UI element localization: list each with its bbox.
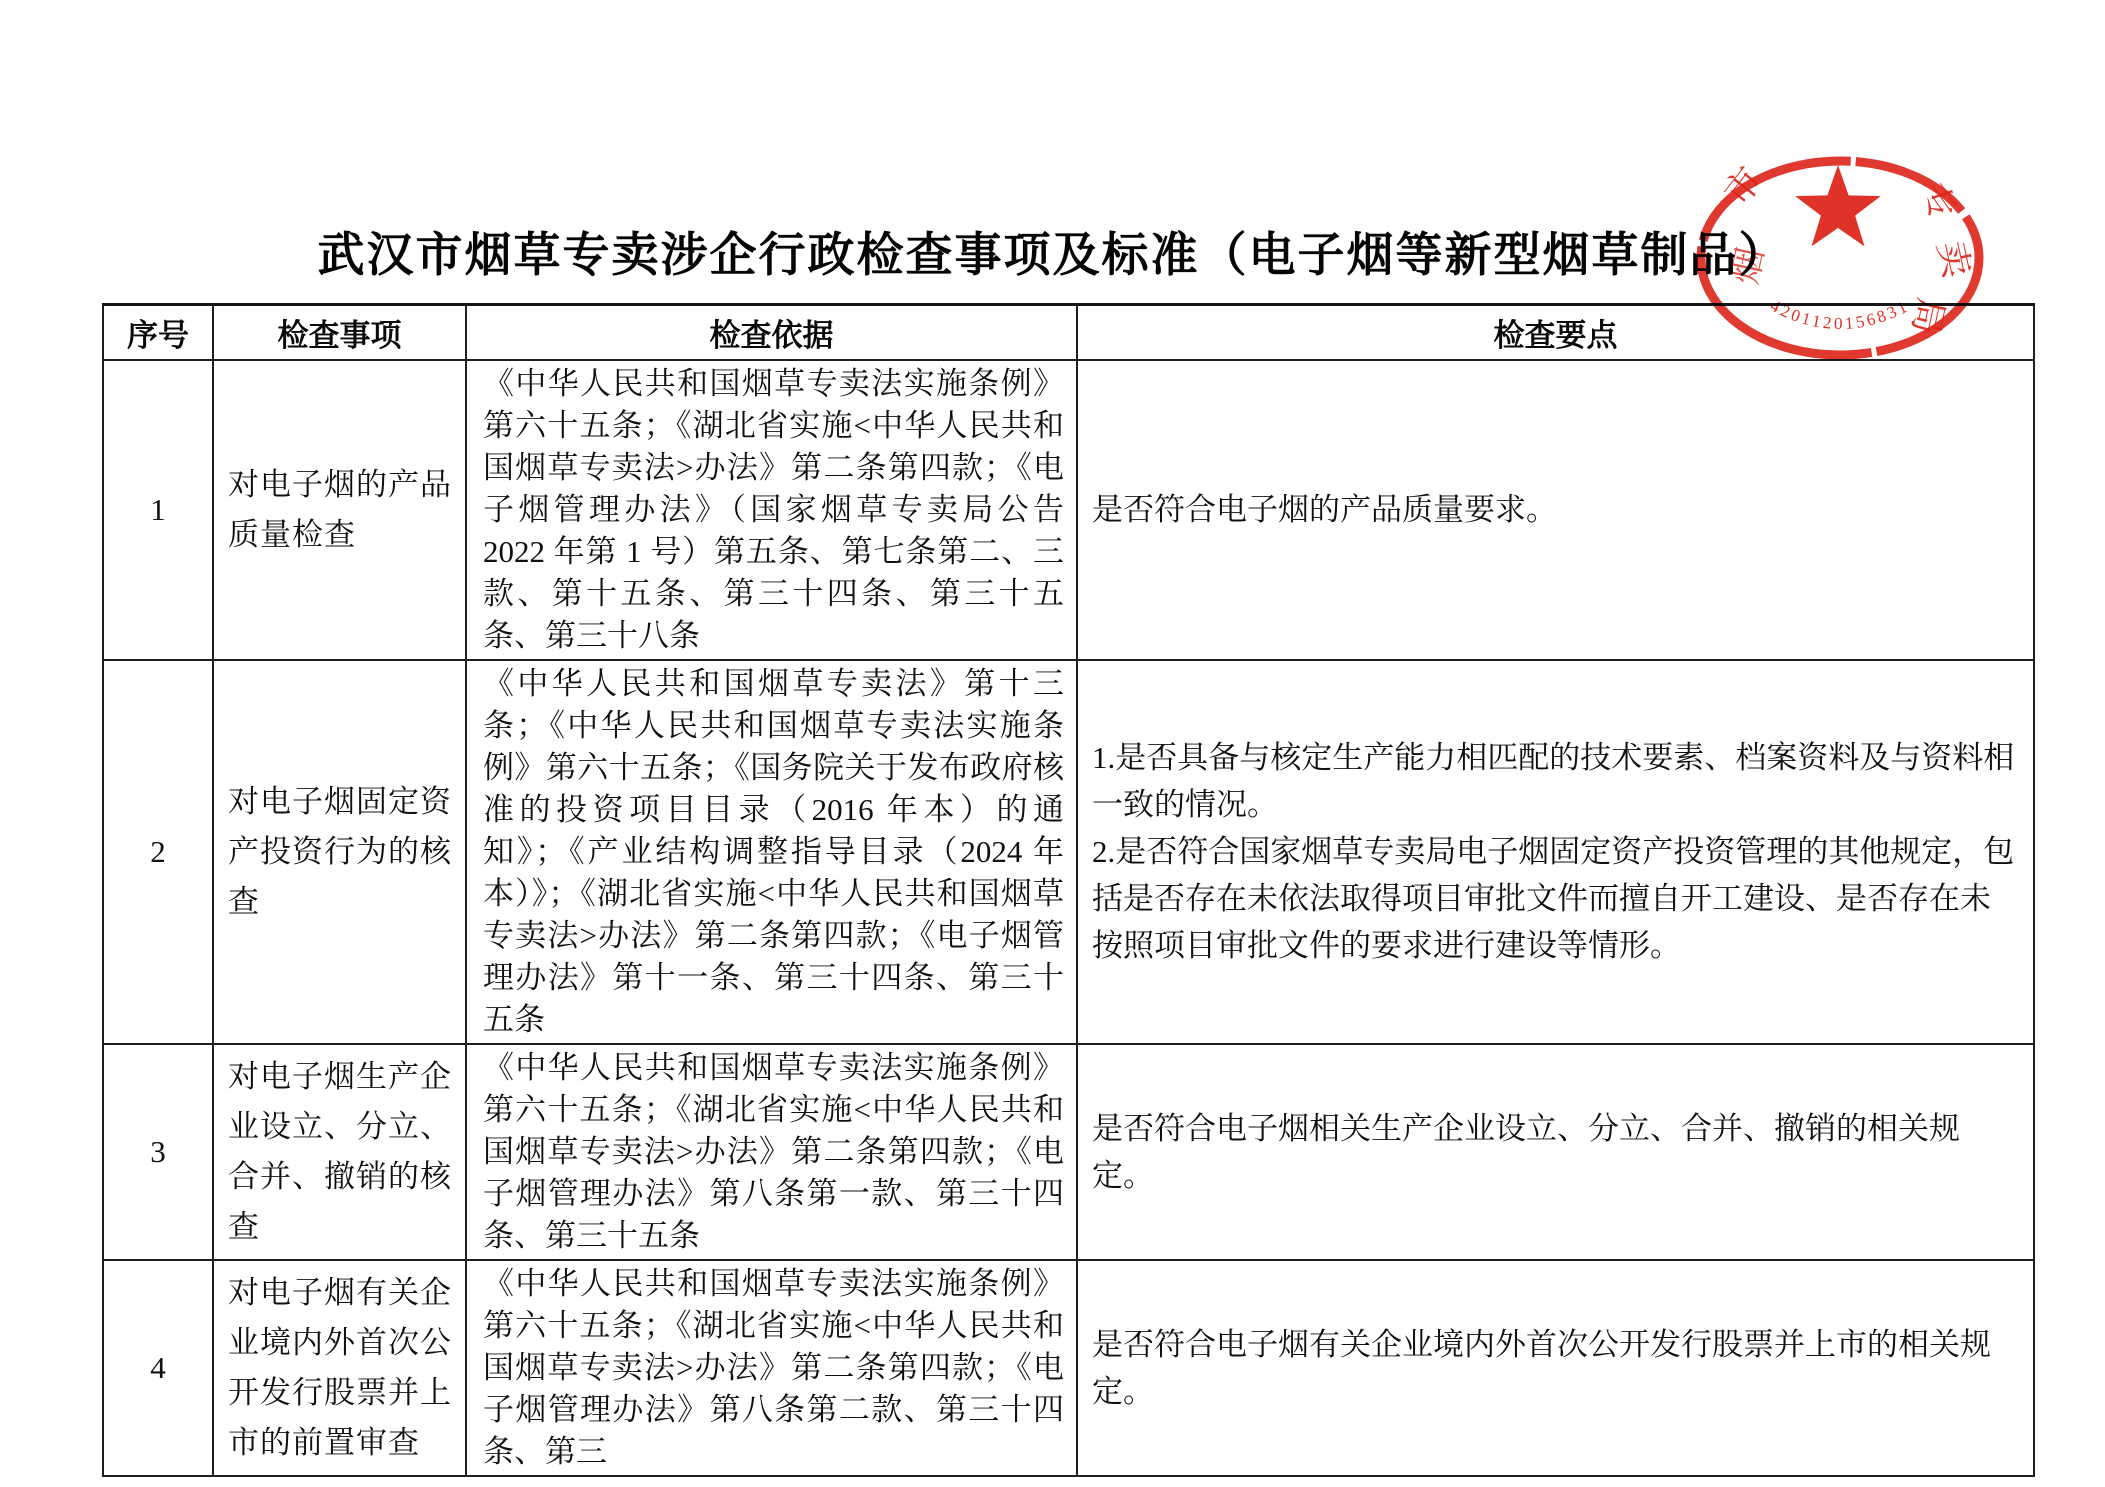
table-row: 2对电子烟固定资产投资行为的核查《中华人民共和国烟草专卖法》第十三条；《中华人民… — [103, 660, 2034, 1044]
cell-points: 是否符合电子烟的产品质量要求。 — [1077, 360, 2034, 660]
cell-no: 3 — [103, 1044, 213, 1260]
point-line: 1.是否具备与核定生产能力相匹配的技术要素、档案资料及与资料相一致的情况。 — [1092, 734, 2015, 828]
seal-char: 市 — [1717, 160, 1771, 213]
cell-item: 对电子烟固定资产投资行为的核查 — [213, 660, 466, 1044]
col-header-basis: 检查依据 — [466, 305, 1077, 360]
cell-no: 4 — [103, 1260, 213, 1476]
cell-no: 1 — [103, 360, 213, 660]
table-header-row: 序号 检查事项 检查依据 检查要点 — [103, 305, 2034, 360]
table-row: 1对电子烟的产品质量检查《中华人民共和国烟草专卖法实施条例》第六十五条；《湖北省… — [103, 360, 2034, 660]
col-header-item: 检查事项 — [213, 305, 466, 360]
cell-item: 对电子烟有关企业境内外首次公开发行股票并上市的前置审查 — [213, 1260, 466, 1476]
cell-basis: 《中华人民共和国烟草专卖法实施条例》第六十五条；《湖北省实施<中华人民共和国烟草… — [466, 1044, 1077, 1260]
table-row: 3对电子烟生产企业设立、分立、合并、撤销的核查《中华人民共和国烟草专卖法实施条例… — [103, 1044, 2034, 1260]
cell-points: 1.是否具备与核定生产能力相匹配的技术要素、档案资料及与资料相一致的情况。2.是… — [1077, 660, 2034, 1044]
cell-item: 对电子烟的产品质量检查 — [213, 360, 466, 660]
cell-basis: 《中华人民共和国烟草专卖法实施条例》第六十五条；《湖北省实施<中华人民共和国烟草… — [466, 360, 1077, 660]
cell-points: 是否符合电子烟有关企业境内外首次公开发行股票并上市的相关规定。 — [1077, 1260, 2034, 1476]
page-title: 武汉市烟草专卖涉企行政检查事项及标准（电子烟等新型烟草制品） — [0, 218, 2105, 285]
table-row: 4对电子烟有关企业境内外首次公开发行股票并上市的前置审查《中华人民共和国烟草专卖… — [103, 1260, 2034, 1476]
cell-item: 对电子烟生产企业设立、分立、合并、撤销的核查 — [213, 1044, 466, 1260]
table-body: 1对电子烟的产品质量检查《中华人民共和国烟草专卖法实施条例》第六十五条；《湖北省… — [103, 360, 2034, 1476]
cell-basis: 《中华人民共和国烟草专卖法》第十三条；《中华人民共和国烟草专卖法实施条例》第六十… — [466, 660, 1077, 1044]
cell-points: 是否符合电子烟相关生产企业设立、分立、合并、撤销的相关规定。 — [1077, 1044, 2034, 1260]
document-page: 武汉市烟草专卖涉企行政检查事项及标准（电子烟等新型烟草制品） 序号 检查事项 检… — [0, 0, 2105, 1487]
point-line: 2.是否符合国家烟草专卖局电子烟固定资产投资管理的其他规定，包括是否存在未依法取… — [1092, 828, 2015, 969]
col-header-no: 序号 — [103, 305, 213, 360]
inspection-table: 序号 检查事项 检查依据 检查要点 1对电子烟的产品质量检查《中华人民共和国烟草… — [102, 303, 2035, 1477]
cell-no: 2 — [103, 660, 213, 1044]
col-header-points: 检查要点 — [1077, 305, 2034, 360]
cell-basis: 《中华人民共和国烟草专卖法实施条例》第六十五条；《湖北省实施<中华人民共和国烟草… — [466, 1260, 1077, 1476]
